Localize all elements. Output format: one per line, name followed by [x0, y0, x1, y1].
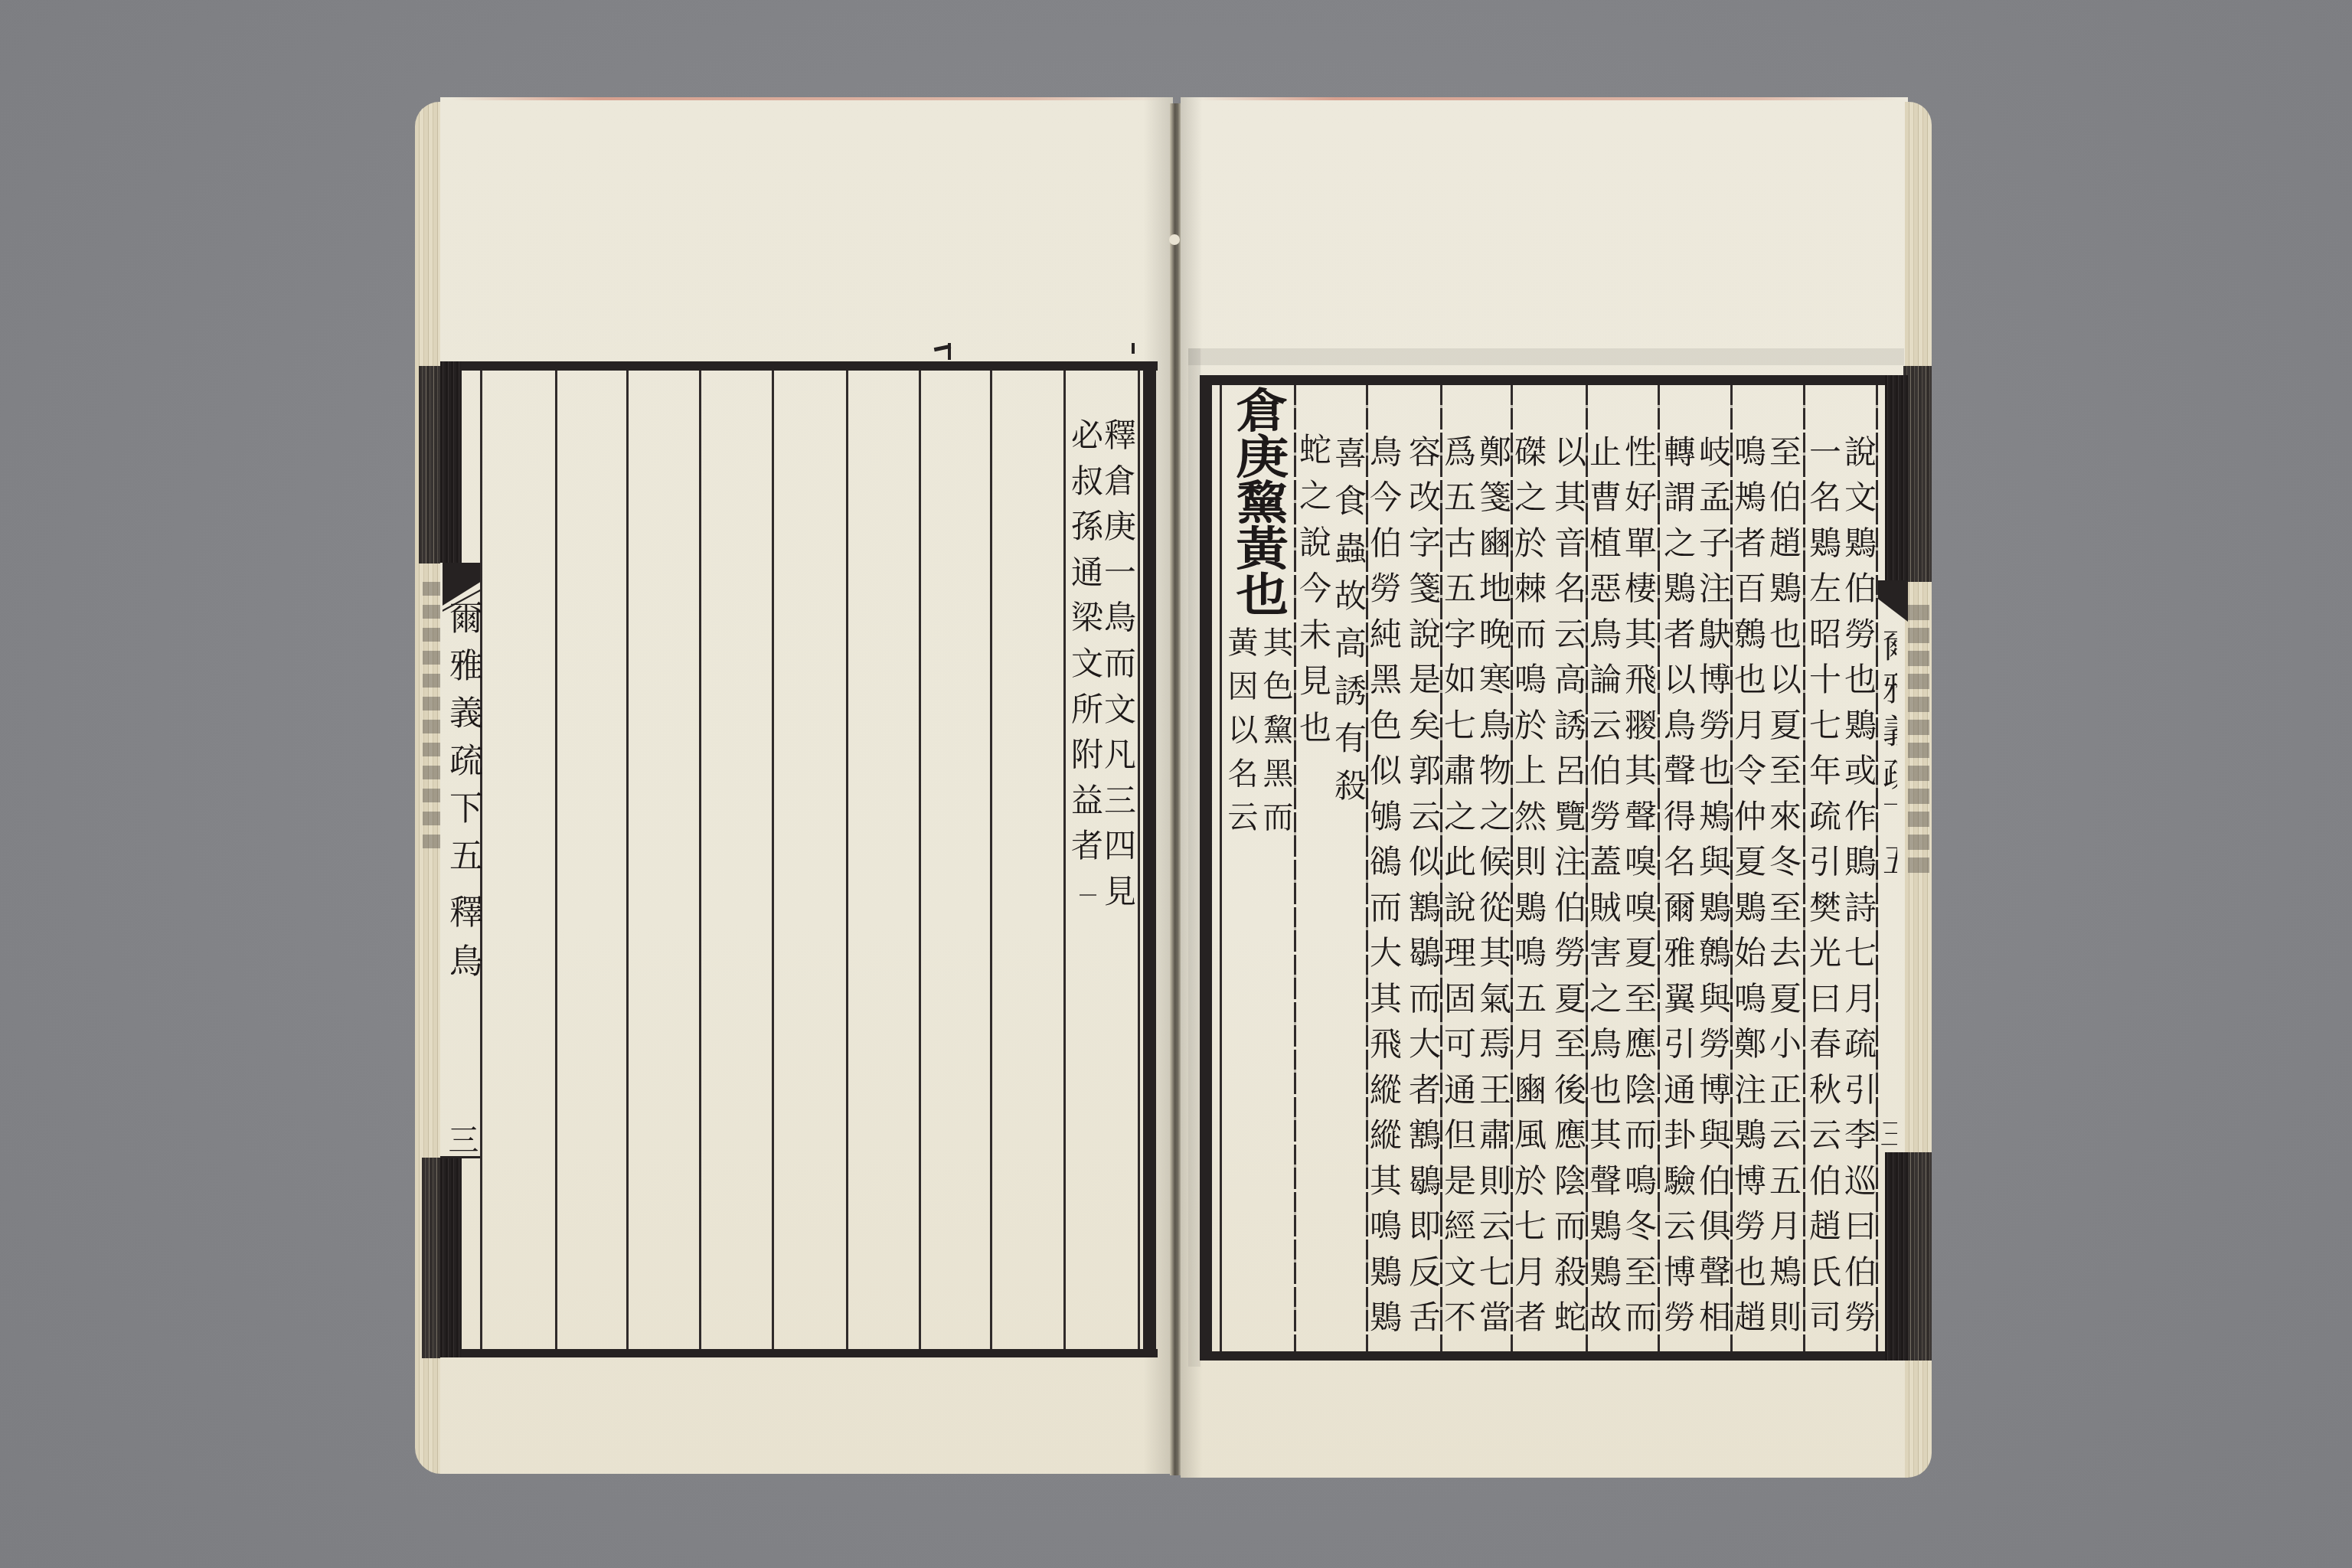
right-frame-top-border: [1200, 375, 1908, 385]
open-book: 爾雅義疏下五 釋鳥 三 釋倉庚一鳥而文凡三四見 必叔孫通梁文所附益者: [0, 0, 2352, 1568]
commentary-column: 鳴鴂者百鷯也月令仲夏鶪始鳴鄭注鶪博勞也趙: [1732, 435, 1764, 1346]
left-margin-black-block-bottom: [440, 1158, 462, 1357]
right-margin-black-block-bottom: [1885, 1152, 1908, 1361]
right-page-top-edge-tint: [1194, 97, 1899, 100]
right-leaf-number: 三: [1879, 1118, 1897, 1148]
commentary-column: 必叔孫通梁文所附益者: [1069, 418, 1101, 874]
entry-heading: 倉庚黧黃也: [1232, 387, 1285, 616]
commentary-column: 至伯趙鶪也以夏至來冬至去夏小正云五月鴂則: [1767, 435, 1799, 1346]
entry-note-left: 黃因以名云: [1225, 626, 1256, 844]
right-frame-inner-rule: [1220, 385, 1222, 1351]
commentary-column: 喜食蟲故高誘有殺: [1332, 436, 1364, 816]
commentary-column: 蛇之說今未見也: [1297, 433, 1329, 757]
print-mark: [1132, 343, 1135, 354]
right-margin-title-clip: 爾雅義疏下五: [1879, 628, 1897, 903]
ruled-line: [699, 371, 701, 1349]
right-stack-text-fragments: [1908, 605, 1929, 880]
end-mark: [1080, 894, 1096, 896]
left-frame-bottom-border: [440, 1349, 1158, 1357]
left-margin-title: 爾雅義疏下五: [446, 600, 479, 885]
ghost-frame-show-through: [1188, 348, 1200, 1367]
left-margin-black-block-top: [440, 361, 462, 563]
ruled-line: [555, 371, 557, 1349]
commentary-column: 鳥今伯勞純黑色似鴝鵒而大其飛縱縱其鳴鶪鶪: [1367, 435, 1400, 1346]
ruled-line: [626, 371, 629, 1349]
commentary-column: 說文鶪伯勞也鶪或作鵙詩七月疏引李巡曰伯勞: [1842, 435, 1874, 1346]
commentary-column: 鄭箋豳地晚寒鳥物之候從其氣焉王肅則云七當: [1477, 435, 1509, 1346]
ghost-frame-show-through: [1188, 348, 1904, 365]
commentary-column: 轉謂之鶪者以鳥聲得名爾雅翼引通卦驗云博勞: [1661, 435, 1694, 1346]
commentary-column: 爲五古五字如七肅之此說理固可通但是經文不: [1442, 435, 1474, 1346]
ruled-line: [846, 371, 848, 1349]
left-page-top-edge-tint: [452, 97, 1171, 100]
right-margin-title: 爾雅義疏下五: [1879, 628, 1897, 885]
entry-note-right: 其色黧黑而: [1260, 626, 1291, 844]
commentary-column: 磔之於棘而鳴於上然則鶪鳴五月豳風於七月者: [1512, 435, 1544, 1346]
print-mark: [948, 343, 951, 360]
commentary-column: 釋倉庚一鳥而文凡三四見: [1102, 418, 1134, 920]
commentary-column: 止曹植惡鳥論云伯勞蓋賊害之鳥也其聲鶪鶪故: [1587, 435, 1619, 1346]
ruled-line: [990, 371, 992, 1349]
ruled-line: [772, 371, 774, 1349]
right-frame-bottom-border: [1200, 1351, 1908, 1361]
ruled-line: [1138, 371, 1140, 1349]
left-frame-top-border: [440, 361, 1158, 371]
right-margin-black-block-top: [1885, 375, 1908, 580]
left-frame-right-border: [1143, 361, 1156, 1357]
left-margin-section: 釋鳥: [446, 894, 479, 992]
left-leaf-number: 三: [447, 1124, 478, 1155]
commentary-column: 容改字箋說是矣郭云似鶷鶡而大者鶷鶡即反舌: [1406, 435, 1439, 1346]
binding-thread-notch: [1169, 234, 1180, 245]
left-margin-bottom-rule: [440, 1156, 482, 1158]
commentary-column: 一名鶪左昭十七年疏引樊光曰春秋云伯趙氏司: [1807, 435, 1839, 1346]
right-leaf-number-clip: 三: [1879, 1118, 1897, 1151]
ruled-line: [1063, 371, 1066, 1349]
commentary-column: 性好單棲其飛翪其聲嗅嗅夏至應陰而鳴冬至而: [1622, 435, 1655, 1346]
ruled-line: [919, 371, 921, 1349]
commentary-column: 以其音名云高誘呂覽注伯勞夏至後應陰而殺蛇: [1552, 435, 1584, 1346]
right-frame-left-border: [1200, 375, 1212, 1361]
commentary-column: 岐孟子注鴃博勞也鴂與鶪鷯與勞博與伯俱聲相: [1697, 435, 1729, 1346]
